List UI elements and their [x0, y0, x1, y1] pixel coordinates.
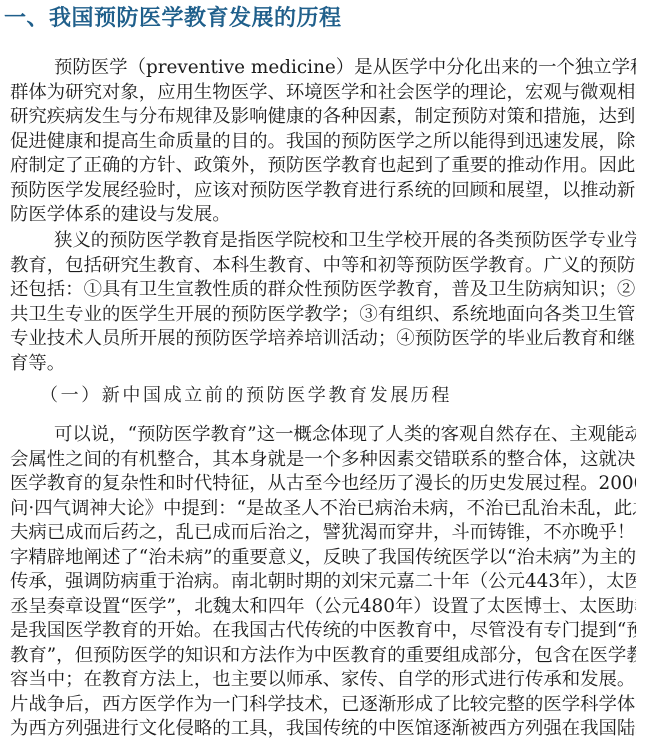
paragraph-line: 群体为研究对象，应用生物医学、环境医学和社会医学的理论，宏观与微观相结合的方法， [10, 81, 636, 105]
paragraph-line: 可以说，“预防医学教育”这一概念体现了人类的客观自然存在、主观能动性和社 [54, 423, 636, 447]
paragraph-line: 狭义的预防医学教育是指医学院校和卫生学校开展的各类预防医学专业学历、学位 [54, 229, 636, 253]
paragraph-line: 夫病已成而后药之，乱已成而后治之，譬犹渴而穿井，斗而铸锥，不亦晚乎！”这段文 [10, 521, 636, 545]
paragraph-line: 为西方列强进行文化侵略的工具，我国传统的中医馆逐渐被西方列强在我国陆续开办的 [10, 717, 636, 741]
paragraph-line: 预防医学发展经验时，应该对预防医学教育进行系统的回顾和展望，以推动新型国家预 [10, 179, 636, 203]
paragraph-line: 防医学体系的建设与发展。 [10, 203, 636, 227]
section-title: 一、我国预防医学教育发展的历程 [4, 4, 342, 34]
paragraph-line: 片战争后，西方医学作为一门科学技术，已逐渐形成了比较完整的医学科学体系，并成 [10, 693, 636, 717]
paragraph-line: 促进健康和提高生命质量的目的。我国的预防医学之所以能得到迅速发展，除了党和政 [10, 130, 636, 154]
paragraph-line: 字精辟地阐述了“治未病”的重要意义，反映了我国传统医学以“治未病”为主的思想 [10, 546, 636, 570]
paragraph-line: 是我国医学教育的开始。在我国古代传统的中医教育中，尽管没有专门提到“预防医学 [10, 619, 636, 643]
paragraph-line: 府制定了正确的方针、政策外，预防医学教育也起到了重要的推动作用。因此，在总结 [10, 154, 636, 178]
paragraph-line: 教育，包括研究生教育、本科生教育、中等和初等预防医学教育。广义的预防医学教育 [10, 254, 636, 278]
paragraph-line: 医学教育的复杂性和时代特征，从古至今也经历了漫长的历史发展过程。2000多年前在… [10, 472, 636, 496]
paragraph-line: 预防医学（preventive medicine）是从医学中分化出来的一个独立学… [54, 56, 636, 80]
paragraph-line: 丞呈奏章设置“医学”，北魏太和四年（公元480年）设置了太医博士、太医助教，这 [10, 595, 636, 619]
paragraph-line: 还包括：①具有卫生宣教性质的群众性预防医学教育，普及卫生防病知识；②面向非公 [10, 278, 636, 302]
paragraph-line: 问·四气调神大论》中提到：“是故圣人不治已病治未病，不治已乱治未乱，此之谓也。 [10, 497, 636, 521]
paragraph-line: 专业技术人员所开展的预防医学培养培训活动；④预防医学的毕业后教育和继续医学教 [10, 327, 636, 351]
paragraph-line: 共卫生专业的医学生开展的预防医学教学；③有组织、系统地面向各类卫生管理人员、 [10, 303, 636, 327]
paragraph-line: 教育”，但预防医学的知识和方法作为中医教育的重要组成部分，包含在医学教育的内 [10, 644, 636, 668]
paragraph-line: 育等。 [10, 352, 636, 376]
paragraph-line: 容当中；在教育方法上，也主要以师承、家传、自学的形式进行传承和发展。1840年鸦 [10, 668, 636, 692]
document-page: 一、我国预防医学教育发展的历程 预防医学（preventive medicine… [0, 0, 646, 746]
paragraph-line: 会属性之间的有机整合，其本身就是一个多种因素交错联系的整合体，这就决定了预防 [10, 448, 636, 472]
paragraph-line: 研究疾病发生与分布规律及影响健康的各种因素，制定预防对策和措施，达到预防疾病、 [10, 105, 636, 129]
paragraph-line: 传承，强调防病重于治病。南北朝时期的刘宋元嘉二十年（公元443年），太医令祖秦 [10, 570, 636, 594]
subsection-heading: （一）新中国成立前的预防医学教育发展历程 [40, 384, 452, 408]
